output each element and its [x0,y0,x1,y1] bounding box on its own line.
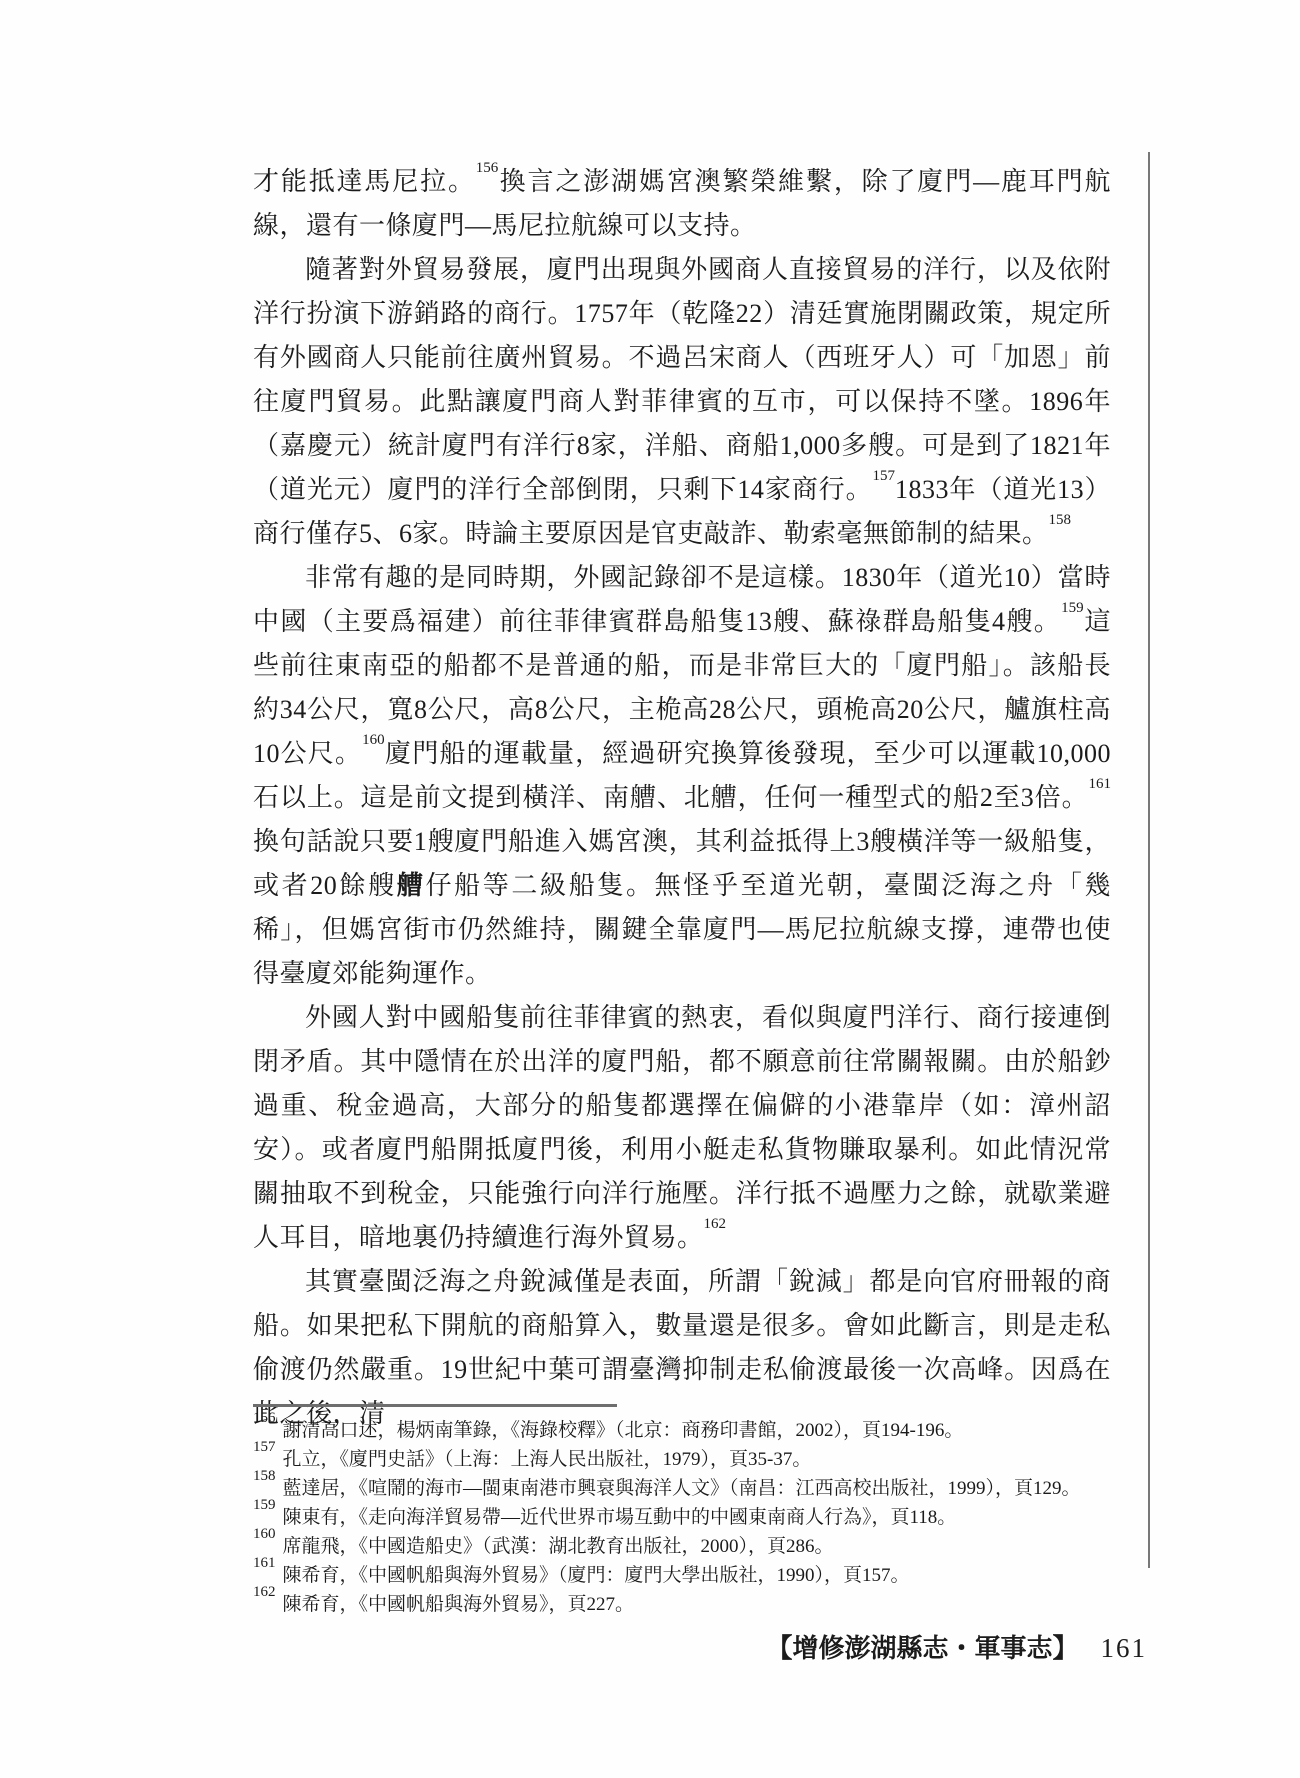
footnote-number: 157 [253,1439,276,1455]
footnote-ref: 156 [476,160,499,176]
footnote-item: 162陳希育，《中國帆船與海外貿易》，頁227。 [253,1590,1159,1619]
body-text-segment: 外國人對中國船隻前往菲律賓的熱衷，看似與廈門洋行、商行接連倒閉矛盾。其中隱情在於… [253,1003,1111,1252]
body-text: 才能抵達馬尼拉。156換言之澎湖媽宮澳繁榮維繫，除了廈門—鹿耳門航線，還有一條廈… [253,160,1111,1436]
page-number: 161 [1101,1633,1148,1663]
footnote-separator [253,1404,617,1407]
footnote-ref: 162 [704,1216,727,1232]
body-text-segment: 隨著對外貿易發展，廈門出現與外國商人直接貿易的洋行，以及依附洋行扮演下游銷路的商… [253,255,1111,504]
footnote-number: 162 [253,1584,276,1600]
margin-vertical-rule [1148,152,1150,1568]
footnote-item: 157孔立，《廈門史話》（上海：上海人民出版社，1979），頁35-37。 [253,1445,1159,1474]
book-title: 【增修澎湖縣志・軍事志】 [766,1634,1078,1663]
footnote-ref: 158 [1049,512,1072,528]
footnote-item: 161陳希育，《中國帆船與海外貿易》（廈門：廈門大學出版社，1990），頁157… [253,1561,1159,1590]
book-page: 才能抵達馬尼拉。156換言之澎湖媽宮澳繁榮維繫，除了廈門—鹿耳門航線，還有一條廈… [0,0,1300,1778]
footnote-item: 159陳東有，《走向海洋貿易帶—近代世界市場互動中的中國東南商人行為》，頁118… [253,1503,1159,1532]
footnote-text: 陳東有，《走向海洋貿易帶—近代世界市場互動中的中國東南商人行為》，頁118。 [283,1507,957,1528]
body-text-segment: 才能抵達馬尼拉。 [253,167,476,196]
footnote-text: 謝清高口述，楊炳南筆錄，《海錄校釋》（北京：商務印書館，2002），頁194-1… [283,1420,964,1441]
footnote-ref: 159 [1061,600,1084,616]
footnote-text: 席龍飛，《中國造船史》（武漢：湖北教育出版社，2000），頁286。 [283,1536,834,1557]
body-paragraph: 其實臺閩泛海之舟銳減僅是表面，所謂「銳減」都是向官府冊報的商船。如果把私下開航的… [253,1260,1111,1436]
body-paragraph: 非常有趣的是同時期，外國記錄卻不是這樣。1830年（道光10）當時中國（主要爲福… [253,556,1111,996]
body-paragraph: 才能抵達馬尼拉。156換言之澎湖媽宮澳繁榮維繫，除了廈門—鹿耳門航線，還有一條廈… [253,160,1111,248]
footnote-text: 陳希育，《中國帆船與海外貿易》（廈門：廈門大學出版社，1990），頁157。 [283,1565,910,1586]
footnote-item: 156謝清高口述，楊炳南筆錄，《海錄校釋》（北京：商務印書館，2002），頁19… [253,1416,1159,1445]
footnote-number: 161 [253,1555,276,1571]
footnotes: 156謝清高口述，楊炳南筆錄，《海錄校釋》（北京：商務印書館，2002），頁19… [253,1416,1159,1619]
footnote-number: 156 [253,1410,276,1426]
page-footer: 【增修澎湖縣志・軍事志】161 [253,1630,1147,1667]
body-text-segment: 廈門船的運載量，經過研究換算後發現，至少可以運載10,000石以上。這是前文提到… [253,739,1111,812]
footnote-item: 160席龍飛，《中國造船史》（武漢：湖北教育出版社，2000），頁286。 [253,1532,1159,1561]
footnote-number: 158 [253,1468,276,1484]
footnote-ref: 161 [1089,776,1112,792]
footnote-ref: 157 [873,468,896,484]
body-paragraph: 外國人對中國船隻前往菲律賓的熱衷，看似與廈門洋行、商行接連倒閉矛盾。其中隱情在於… [253,996,1111,1260]
footnote-number: 160 [253,1526,276,1542]
body-text-segment: 艚 [397,871,426,900]
footnote-text: 藍達居，《喧鬧的海市—閩東南港市興衰與海洋人文》（南昌：江西高校出版社，1999… [283,1478,1081,1499]
footnote-text: 孔立，《廈門史話》（上海：上海人民出版社，1979），頁35-37。 [283,1449,812,1470]
body-paragraph: 隨著對外貿易發展，廈門出現與外國商人直接貿易的洋行，以及依附洋行扮演下游銷路的商… [253,248,1111,556]
footnote-number: 159 [253,1497,276,1513]
body-text-segment: 非常有趣的是同時期，外國記錄卻不是這樣。1830年（道光10）當時中國（主要爲福… [253,563,1111,636]
footnote-item: 158藍達居，《喧鬧的海市—閩東南港市興衰與海洋人文》（南昌：江西高校出版社，1… [253,1474,1159,1503]
footnote-ref: 160 [362,732,385,748]
footnote-text: 陳希育，《中國帆船與海外貿易》，頁227。 [283,1594,635,1615]
